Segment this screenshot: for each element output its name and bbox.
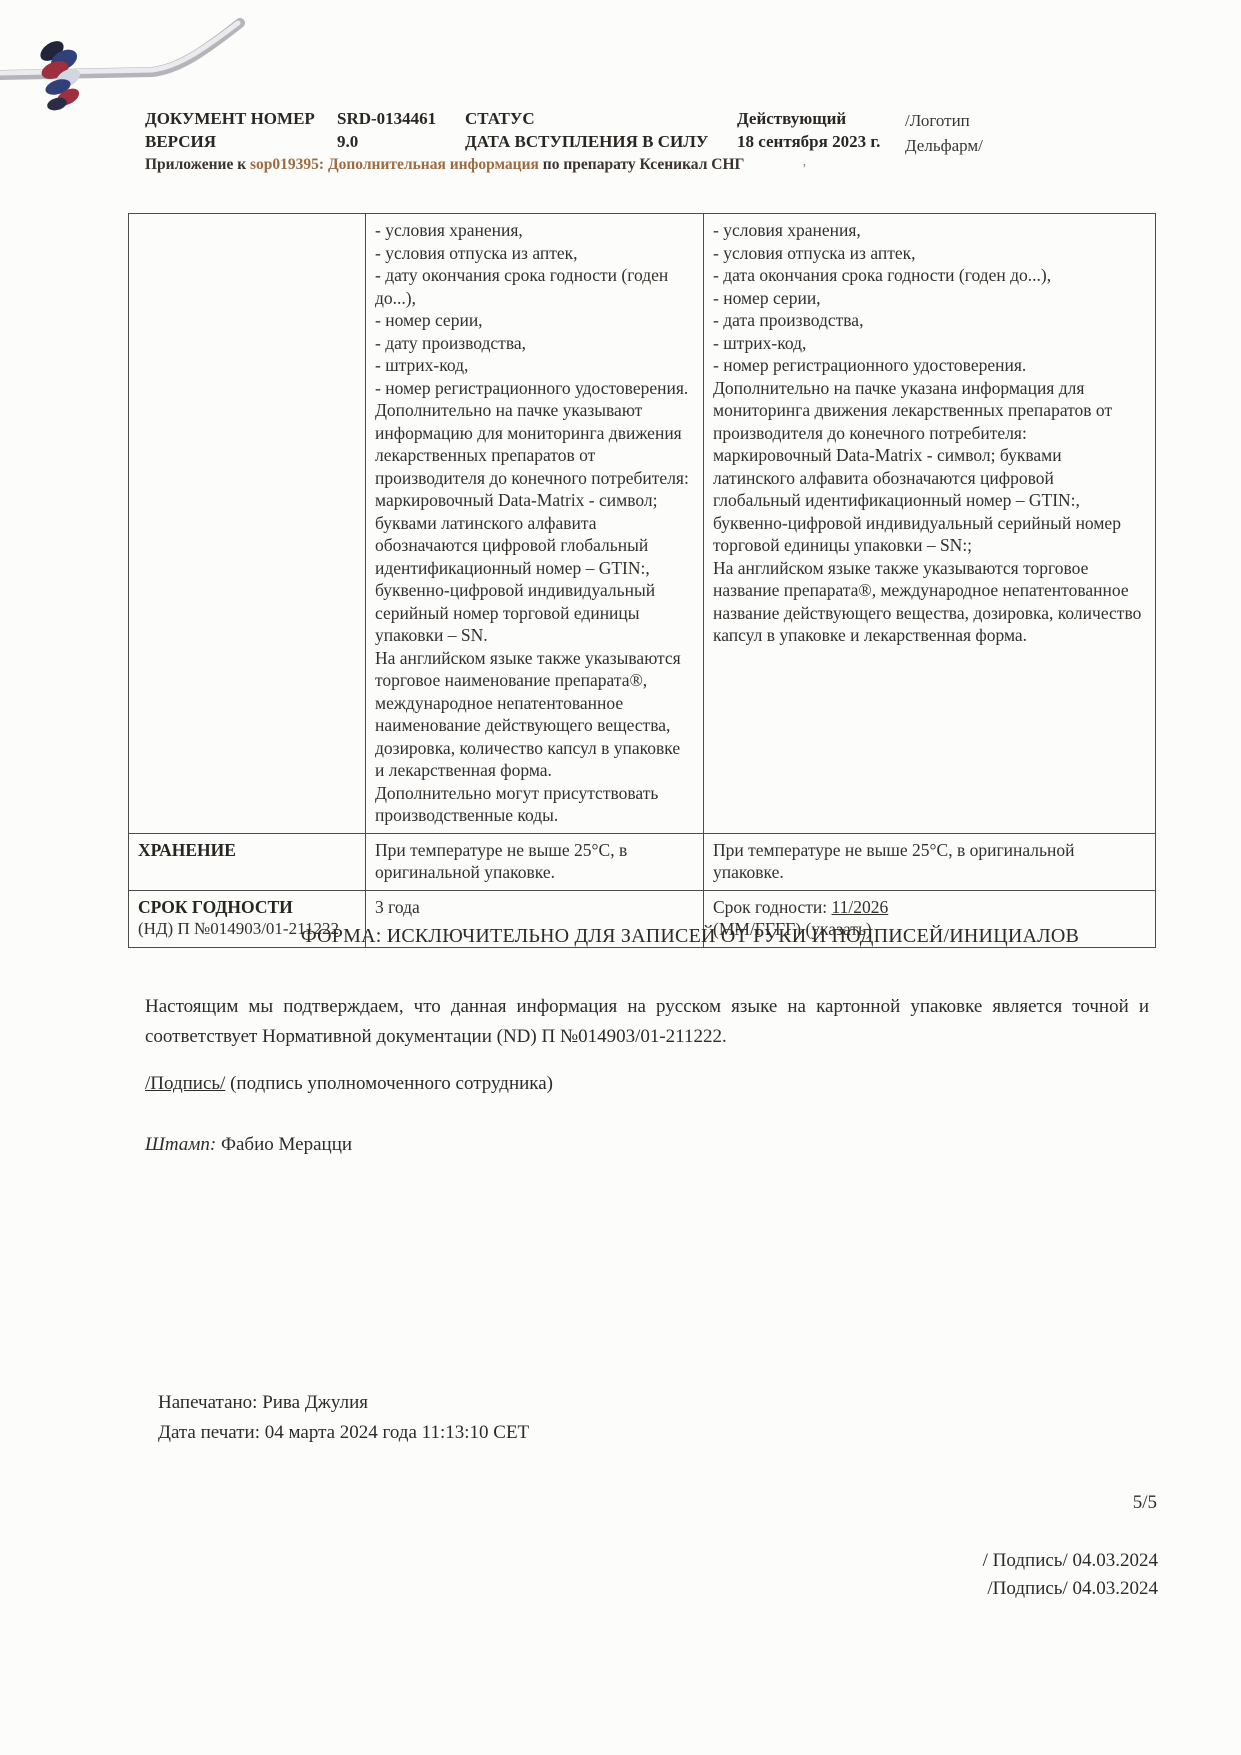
table-cell-paragraph: - штрих-код, — [375, 354, 693, 377]
table-cell-paragraph: - дата окончания срока годности (годен д… — [713, 264, 1145, 287]
signature-date-1: / Подпись/ 04.03.2024 — [860, 1547, 1158, 1575]
logo-placeholder-line1: /Логотип — [905, 111, 970, 131]
table-cell-paragraph: - условия хранения, — [375, 219, 693, 242]
table-cell-paragraph: - дата производства, — [713, 309, 1145, 332]
stamp-value: Фабио Мерацци — [216, 1134, 352, 1155]
print-date: Дата печати: 04 марта 2024 года 11:13:10… — [158, 1418, 529, 1448]
signature-dates: / Подпись/ 04.03.2024 /Подпись/ 04.03.20… — [860, 1547, 1158, 1603]
table-cell-paragraph: - дату окончания срока годности (годен д… — [375, 264, 693, 309]
form-note: ФОРМА: ИСКЛЮЧИТЕЛЬНО ДЛЯ ЗАПИСЕЙ ОТ РУКИ… — [170, 925, 1210, 948]
shelf-life-prefix: Срок годности: — [713, 897, 832, 917]
table-cell-paragraph: - условия отпуска из аптек, — [375, 242, 693, 265]
main-row-ru-cell: - условия хранения,- условия отпуска из … — [366, 214, 704, 834]
table-cell-paragraph: Дополнительно могут присутствовать произ… — [375, 782, 693, 827]
table-main-row: - условия хранения,- условия отпуска из … — [129, 214, 1156, 834]
scan-speck: ’ — [802, 162, 807, 178]
effective-date-value: 18 сентября 2023 г. — [737, 132, 880, 152]
table-cell-paragraph: На английском языке также указываются то… — [375, 647, 693, 782]
table-cell-paragraph: - номер серии, — [375, 309, 693, 332]
confirmation-paragraph: Настоящим мы подтверждаем, что данная ин… — [145, 992, 1149, 1051]
status-label: СТАТУС — [465, 109, 535, 129]
table-storage-row: ХРАНЕНИЕ При температуре не выше 25°C, в… — [129, 833, 1156, 890]
signature-note: (подпись уполномоченного сотрудника) — [225, 1073, 553, 1094]
status-value: Действующий — [737, 109, 846, 129]
info-table: - условия хранения,- условия отпуска из … — [128, 213, 1156, 948]
appendix-line: Приложение к sop019395: Дополнительная и… — [145, 156, 744, 174]
table-cell-paragraph: На английском языке также указываются то… — [713, 557, 1145, 647]
storage-col2: При температуре не выше 25°C, в оригинал… — [366, 833, 704, 890]
shelf-life-value: 11/2026 — [832, 897, 889, 917]
table-cell-paragraph: - дату производства, — [375, 332, 693, 355]
table-cell-paragraph: Дополнительно на пачке указана информаци… — [713, 377, 1145, 557]
print-info: Напечатано: Рива Джулия Дата печати: 04 … — [158, 1388, 529, 1448]
version-value: 9.0 — [337, 132, 358, 152]
main-row-cis-cell: - условия хранения,- условия отпуска из … — [704, 214, 1156, 834]
table-cell-paragraph: - номер регистрационного удостоверения. — [375, 377, 693, 400]
table-cell-paragraph: - номер регистрационного удостоверения. — [713, 354, 1145, 377]
shelf-life-label: СРОК ГОДНОСТИ — [138, 896, 355, 919]
scanned-document-page: ДОКУМЕНТ НОМЕР SRD-0134461 СТАТУС Действ… — [0, 0, 1241, 1755]
version-label: ВЕРСИЯ — [145, 132, 216, 152]
appendix-sop-reference: sop019395: Дополнительная информация — [250, 156, 539, 173]
effective-date-label: ДАТА ВСТУПЛЕНИЯ В СИЛУ — [465, 132, 708, 152]
signature-line: /Подпись/ (подпись уполномоченного сотру… — [145, 1073, 553, 1095]
storage-col3: При температуре не выше 25°C, в оригинал… — [704, 833, 1156, 890]
table-cell-paragraph: - условия хранения, — [713, 219, 1145, 242]
main-row-label-cell — [129, 214, 366, 834]
appendix-prefix: Приложение к — [145, 156, 250, 173]
printed-by: Напечатано: Рива Джулия — [158, 1388, 529, 1418]
stamp-line: Штамп: Фабио Мерацци — [145, 1134, 352, 1156]
doc-number-value: SRD-0134461 — [337, 109, 436, 129]
table-cell-paragraph: - штрих-код, — [713, 332, 1145, 355]
logo-placeholder-line2: Дельфарм/ — [905, 136, 983, 156]
doc-number-label: ДОКУМЕНТ НОМЕР — [145, 109, 315, 129]
table-cell-paragraph: - номер серии, — [713, 287, 1145, 310]
appendix-suffix: по препарату Ксеникал СНГ — [539, 156, 744, 173]
table-cell-paragraph: - условия отпуска из аптек, — [713, 242, 1145, 265]
stamp-label: Штамп: — [145, 1134, 216, 1155]
storage-label: ХРАНЕНИЕ — [138, 840, 236, 860]
page-number: 5/5 — [1000, 1492, 1157, 1514]
signature-date-2: /Подпись/ 04.03.2024 — [860, 1575, 1158, 1603]
table-cell-paragraph: Дополнительно на пачке указывают информа… — [375, 399, 693, 647]
signature-placeholder: /Подпись/ — [145, 1073, 225, 1094]
